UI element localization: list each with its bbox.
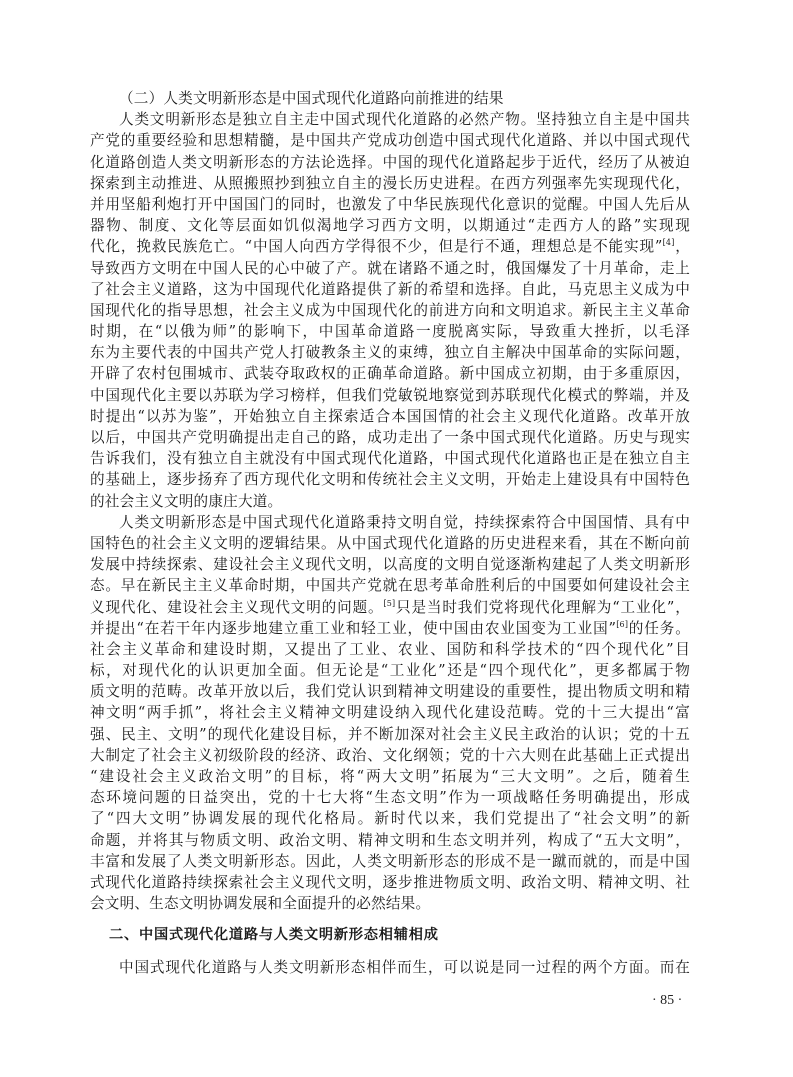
line-text: 并提出“在若干年内逐步地建立重工业和轻工业，使中国由农业国变为工业国” xyxy=(90,620,616,637)
line-suffix: 只是当时我们党将现代化理解为“工业化”， xyxy=(395,599,690,616)
paragraph-line: 的基础上，逐步扬弃了西方现代化文明和传统社会主义文明，开始走上建设具有中国特色 xyxy=(90,469,690,490)
paragraph-line: 时期，在“以俄为师”的影响下，中国革命道路一度脱离实际，导致重大挫折，以毛泽 xyxy=(90,321,690,342)
paragraph-line: “建设社会主义政治文明”的目标，将“两大文明”拓展为“三大文明”。之后，随着生 xyxy=(90,766,690,787)
paragraph-line: 标，对现代化的认识更加全面。但无论是“工业化”还是“四个现代化”，更多都属于物 xyxy=(90,660,690,681)
paragraph-line: 人类文明新形态是中国式现代化道路秉持文明自觉，持续探索符合中国国情、具有中 xyxy=(90,512,690,533)
paragraph-line: 探索到主动推进、从照搬照抄到独立自主的漫长历史进程。在西方列强率先实现现代化， xyxy=(90,173,690,194)
page-number: · 85 · xyxy=(652,993,682,1009)
paragraph-line: 导致西方文明在中国人民的心中破了产。就在诸路不通之时，俄国爆发了十月革命，走上 xyxy=(90,258,690,279)
paragraph-line: 中国现代化主要以苏联为学习榜样，但我们党敏锐地察觉到苏联现代化模式的弊端，并及 xyxy=(90,385,690,406)
paragraph-line: 会文明、生态文明协调发展和全面提升的必然结果。 xyxy=(90,893,690,914)
paragraph-line: 态环境问题的日益突出，党的十七大将“生态文明”作为一项战略任务明确提出，形成 xyxy=(90,787,690,808)
document-page: （二）人类文明新形态是中国式现代化道路向前推进的结果 人类文明新形态是独立自主走… xyxy=(90,88,690,979)
paragraph-line: 东为主要代表的中国共产党人打破教条主义的束缚，独立自主解决中国革命的实际问题， xyxy=(90,342,690,363)
paragraph-line: 的社会主义文明的康庄大道。 xyxy=(90,491,690,512)
paragraph-2: 人类文明新形态是中国式现代化道路秉持文明自觉，持续探索符合中国国情、具有中 国特… xyxy=(90,512,690,915)
paragraph-line: 社会主义革命和建设时期，又提出了工业、农业、国防和科学技术的“四个现代化”目 xyxy=(90,639,690,660)
paragraph-line: 产党的重要经验和思想精髓，是中国共产党成功创造中国式现代化道路、并以中国式现代 xyxy=(90,130,690,151)
paragraph-line: 大制定了社会主义初级阶段的经济、政治、文化纲领；党的十六大则在此基础上正式提出 xyxy=(90,745,690,766)
paragraph-line: 式现代化道路持续探索社会主义现代文明，逐步推进物质文明、政治文明、精神文明、社 xyxy=(90,872,690,893)
paragraph-line-with-citation: 代化，挽救民族危亡。“中国人向西方学得很不少，但是行不通，理想总是不能实现”[4… xyxy=(90,236,690,257)
line-suffix: 的任务。 xyxy=(628,620,690,637)
line-text: 义现代化、建设社会主义现代文明的问题。 xyxy=(90,599,383,616)
line-text: 代化，挽救民族危亡。“中国人向西方学得很不少，但是行不通，理想总是不能实现” xyxy=(90,238,663,255)
paragraph-line: 时提出“以苏为鉴”，开始独立自主探索适合本国国情的社会主义现代化道路。改革开放 xyxy=(90,406,690,427)
paragraph-line: 开辟了农村包围城市、武装夺取政权的正确革命道路。新中国成立初期，由于多重原因， xyxy=(90,363,690,384)
paragraph-line: 并用坚船利炮打开中国国门的同时，也激发了中华民族现代化意识的觉醒。中国人先后从 xyxy=(90,194,690,215)
paragraph-line: 告诉我们，没有独立自主就没有中国式现代化道路，中国式现代化道路也正是在独立自主 xyxy=(90,448,690,469)
citation-5[interactable]: [5] xyxy=(383,599,395,608)
paragraph-3: 中国式现代化道路与人类文明新形态相伴而生，可以说是同一过程的两个方面。而在 xyxy=(90,957,690,978)
paragraph-1: 人类文明新形态是独立自主走中国式现代化道路的必然产物。坚持独立自主是中国共 产党… xyxy=(90,109,690,512)
paragraph-line: 以后，中国共产党明确提出走自己的路，成功走出了一条中国式现代化道路。历史与现实 xyxy=(90,427,690,448)
paragraph-line: 器物、制度、文化等层面如饥似渴地学习西方文明，以期通过“走西方人的路”实现现 xyxy=(90,215,690,236)
paragraph-line: 态。早在新民主主义革命时期，中国共产党就在思考革命胜利后的中国要如何建设社会主 xyxy=(90,575,690,596)
citation-4[interactable]: [4] xyxy=(663,238,675,247)
paragraph-line-with-citation: 并提出“在若干年内逐步地建立重工业和轻工业，使中国由农业国变为工业国”[6]的任… xyxy=(90,618,690,639)
paragraph-line: 国现代化的指导思想，社会主义成为中国现代化的前进方向和文明追求。新民主主义革命 xyxy=(90,300,690,321)
paragraph-line: 神文明“两手抓”，将社会主义精神文明建设纳入现代化建设范畴。党的十三大提出“富 xyxy=(90,702,690,723)
paragraph-line: 质文明的范畴。改革开放以后，我们党认识到精神文明建设的重要性，提出物质文明和精 xyxy=(90,681,690,702)
paragraph-line: 化道路创造人类文明新形态的方法论选择。中国的现代化道路起步于近代，经历了从被迫 xyxy=(90,152,690,173)
paragraph-line: 丰富和发展了人类文明新形态。因此，人类文明新形态的形成不是一蹴而就的，而是中国 xyxy=(90,851,690,872)
paragraph-line: 命题，并将其与物质文明、政治文明、精神文明和生态文明并列，构成了“五大文明”， xyxy=(90,830,690,851)
paragraph-line: 发展中持续探索、建设社会主义现代文明，以高度的文明自觉逐渐构建起了人类文明新形 xyxy=(90,554,690,575)
paragraph-line: 强、民主、文明”的现代化建设目标，并不断加深对社会主义民主政治的认识；党的十五 xyxy=(90,724,690,745)
section-heading: 二、中国式现代化道路与人类文明新形态相辅相成 xyxy=(90,925,690,946)
paragraph-line: 人类文明新形态是独立自主走中国式现代化道路的必然产物。坚持独立自主是中国共 xyxy=(90,109,690,130)
paragraph-line: 中国式现代化道路与人类文明新形态相伴而生，可以说是同一过程的两个方面。而在 xyxy=(90,957,690,978)
paragraph-line: 国特色的社会主义文明的逻辑结果。从中国式现代化道路的历史进程来看，其在不断向前 xyxy=(90,533,690,554)
line-suffix: ， xyxy=(675,238,690,255)
subsection-title: （二）人类文明新形态是中国式现代化道路向前推进的结果 xyxy=(90,88,690,109)
citation-6[interactable]: [6] xyxy=(616,620,628,629)
paragraph-line-with-citation: 义现代化、建设社会主义现代文明的问题。[5]只是当时我们党将现代化理解为“工业化… xyxy=(90,597,690,618)
paragraph-line: 了社会主义道路，这为中国现代化道路提供了新的希望和选择。自此，马克思主义成为中 xyxy=(90,279,690,300)
paragraph-line: 了“四大文明”协调发展的现代化格局。新时代以来，我们党提出了“社会文明”的新 xyxy=(90,808,690,829)
